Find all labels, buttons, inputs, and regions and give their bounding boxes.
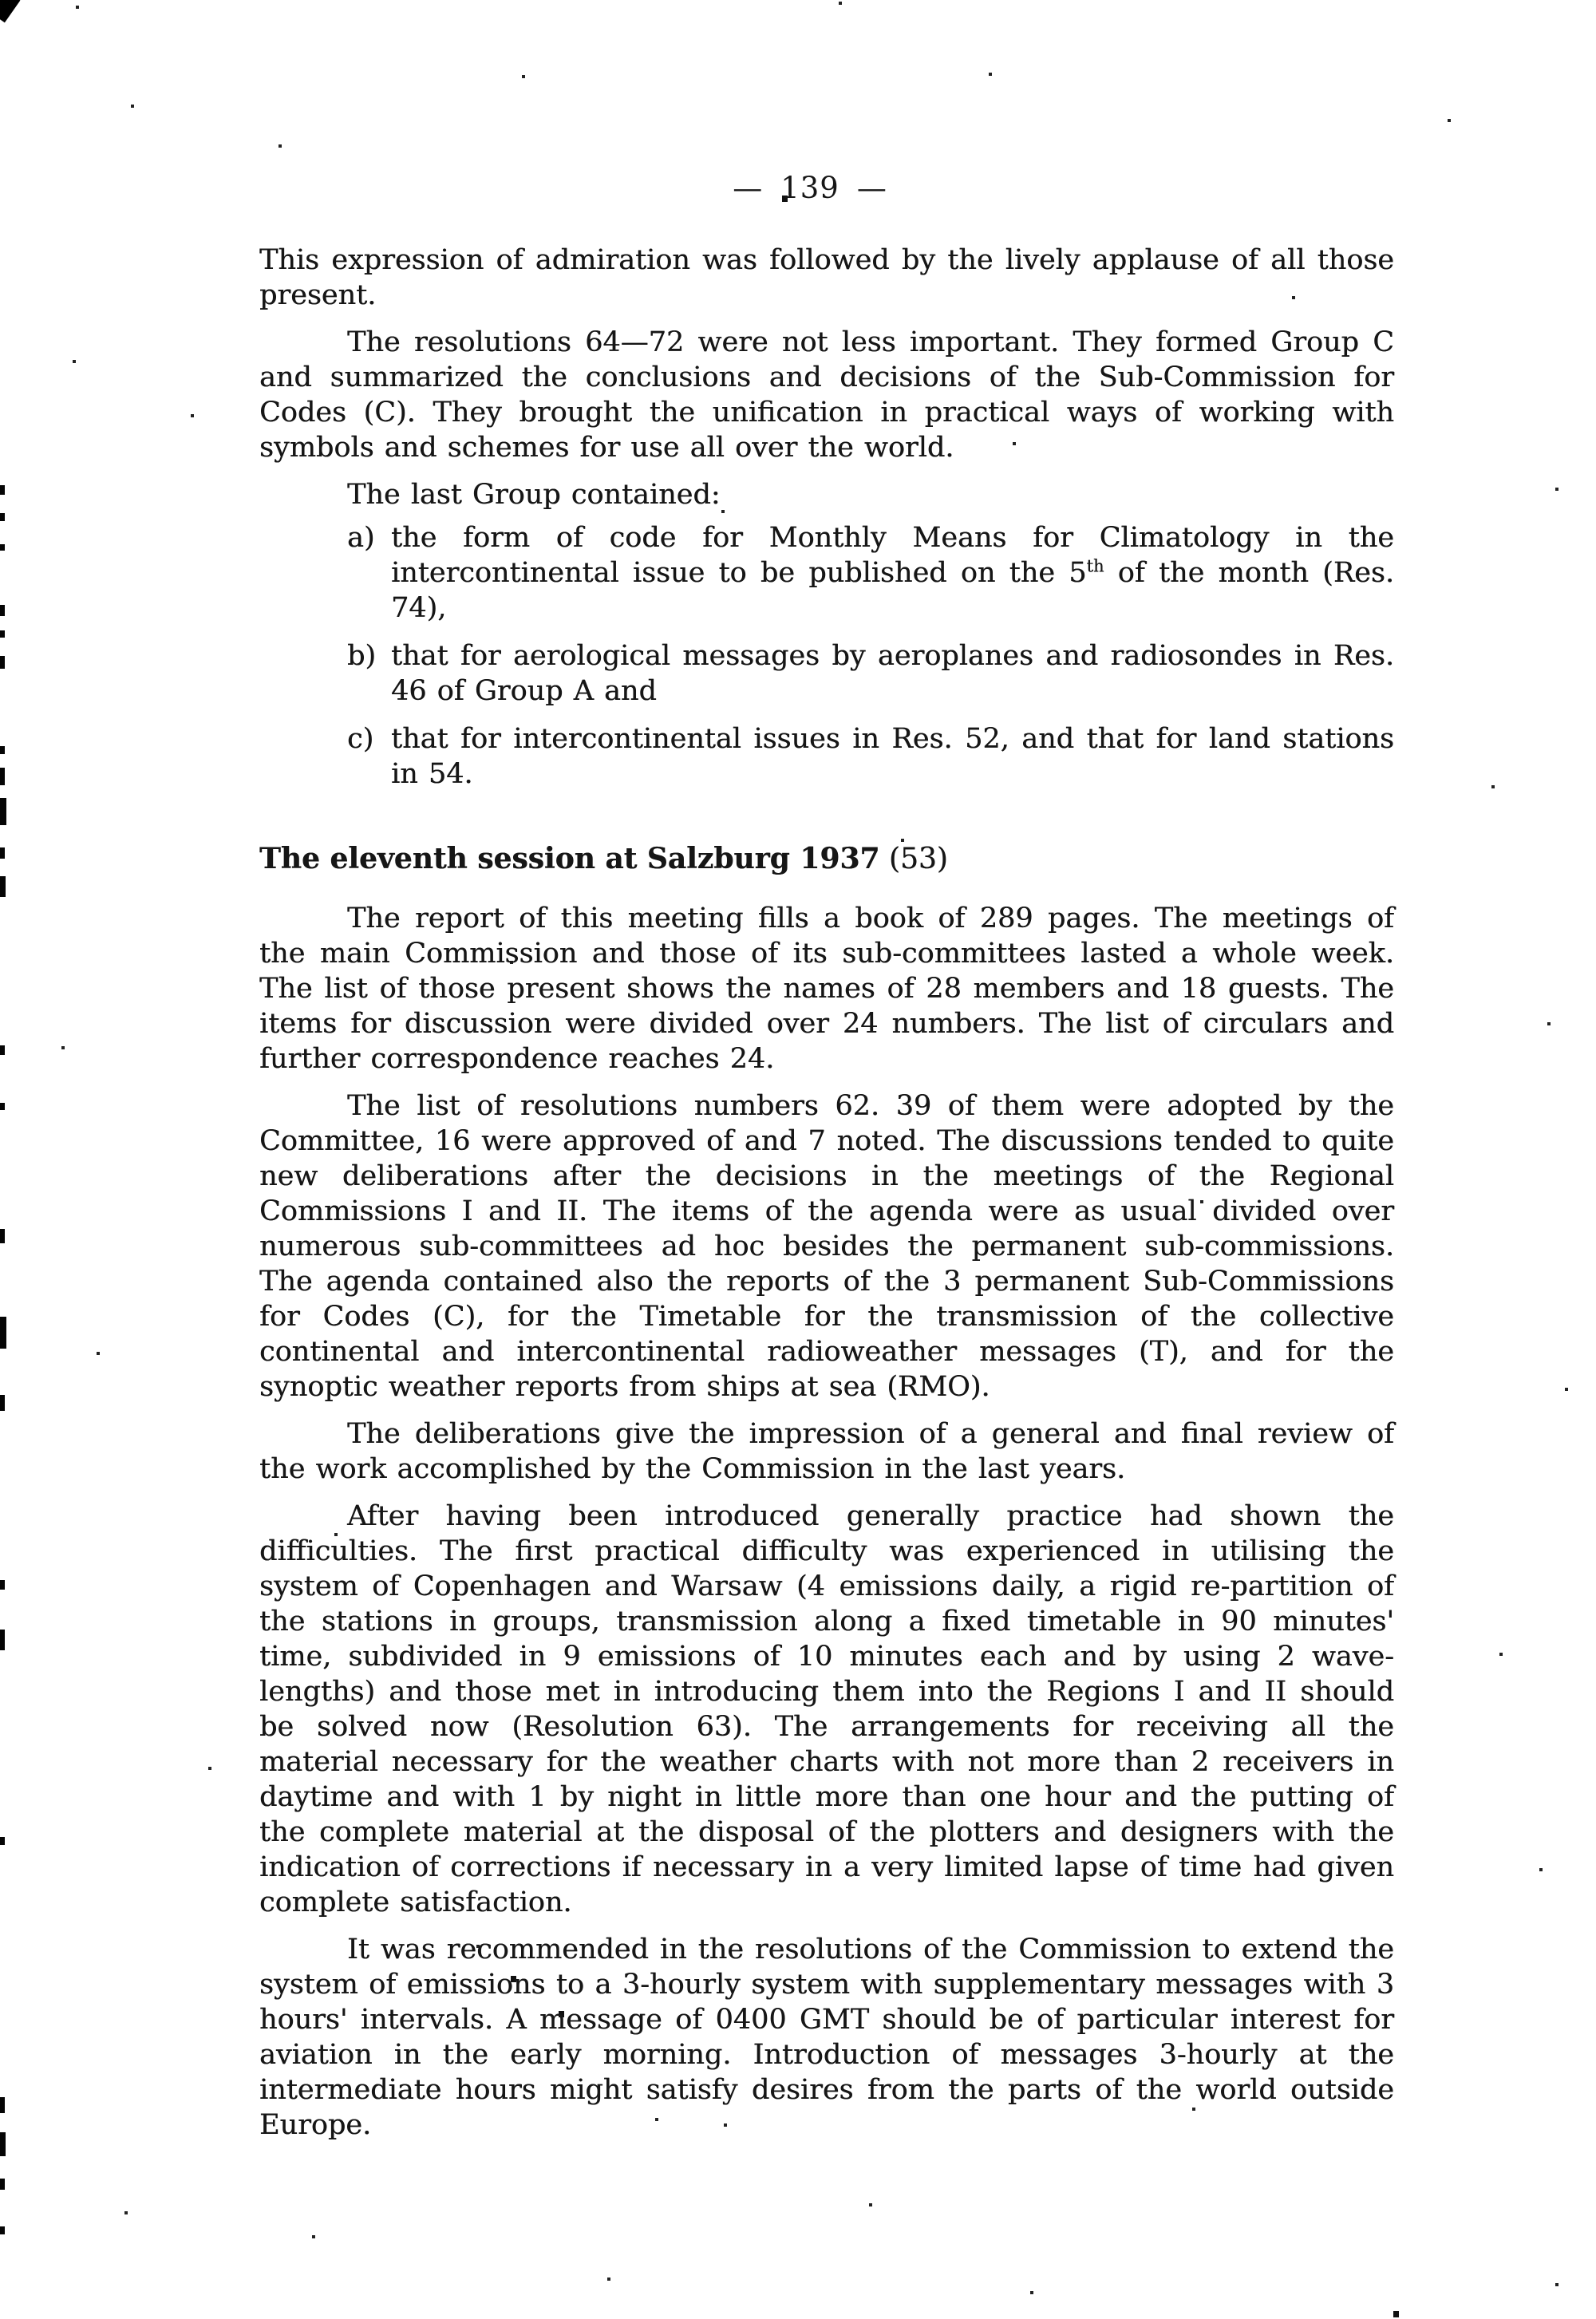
scan-edge-artifact (0, 847, 5, 859)
scan-edge-artifact (0, 2226, 5, 2234)
list-marker-c: c) (347, 721, 391, 792)
scan-edge-artifact (0, 1103, 5, 1110)
list-text-a: the form of code for Monthly Means for C… (391, 520, 1394, 626)
scan-edge-artifact (0, 798, 6, 825)
paragraph-deliberations: The deliberations give the impression of… (259, 1416, 1394, 1487)
scan-edge-artifact (0, 656, 5, 669)
list-item-c: c) that for intercontinental issues in R… (347, 721, 1394, 792)
text-block: This expression of admiration was follow… (259, 243, 1394, 2155)
section-heading: The eleventh session at Salzburg 1937 (5… (259, 841, 1394, 877)
scan-edge-artifact (0, 1630, 5, 1650)
scan-edge-artifact (0, 1229, 5, 1243)
page-number: — 139 — (259, 171, 1361, 205)
list-text-a-superscript: th (1087, 556, 1104, 575)
page-number-value: 139 (780, 171, 839, 205)
scan-edge-artifact (0, 1837, 5, 1845)
group-c-list: a) the form of code for Monthly Means fo… (259, 520, 1394, 792)
list-item-b: b) that for aerological messages by aero… (347, 638, 1394, 709)
scan-edge-artifact (0, 1317, 6, 1349)
scan-edge-artifact (0, 630, 5, 638)
scan-edge-artifact (0, 746, 5, 754)
paragraph-intro: This expression of admiration was follow… (259, 243, 1394, 313)
paragraph-last-group: The last Group contained: (259, 477, 1394, 512)
scan-edge-artifact (0, 876, 6, 897)
section-heading-ref: (53) (889, 843, 948, 875)
scan-edge-artifact (0, 605, 5, 616)
list-marker-b: b) (347, 638, 391, 709)
scan-edge-artifact (0, 2097, 5, 2113)
page-number-dash-left: — (733, 171, 763, 205)
page-number-dash-right: — (857, 171, 887, 205)
paragraph-difficulties: After having been introduced generally p… (259, 1499, 1394, 1920)
scan-edge-artifact (0, 1045, 5, 1055)
section-heading-title: The eleventh session at Salzburg 1937 (259, 842, 879, 875)
scan-edge-artifact (0, 2132, 6, 2156)
scan-speckles-large (0, 0, 2, 3)
scan-edge-artifact (0, 513, 5, 521)
scan-edge-artifact (0, 485, 5, 495)
list-marker-a: a) (347, 520, 391, 626)
paragraph-recommendation: It was recommended in the resolutions of… (259, 1932, 1394, 2143)
list-text-b: that for aerological messages by aeropla… (391, 638, 1394, 709)
list-item-a: a) the form of code for Monthly Means fo… (347, 520, 1394, 626)
paragraph-report: The report of this meeting fills a book … (259, 901, 1394, 1077)
scan-edge-artifact (0, 2179, 5, 2190)
paragraph-list-resolutions: The list of resolutions numbers 62. 39 o… (259, 1088, 1394, 1404)
scanned-document-page: — 139 — This expression of admiration wa… (0, 0, 1596, 2319)
scan-edge-artifact (0, 768, 5, 785)
scan-edge-artifact (0, 1395, 5, 1411)
list-text-c: that for intercontinental issues in Res.… (391, 721, 1394, 792)
paragraph-resolutions: The resolutions 64—72 were not less impo… (259, 325, 1394, 465)
scan-edge-artifact (0, 1580, 5, 1590)
scan-edge-artifact (0, 544, 5, 551)
scan-corner-artifact (0, 0, 20, 22)
